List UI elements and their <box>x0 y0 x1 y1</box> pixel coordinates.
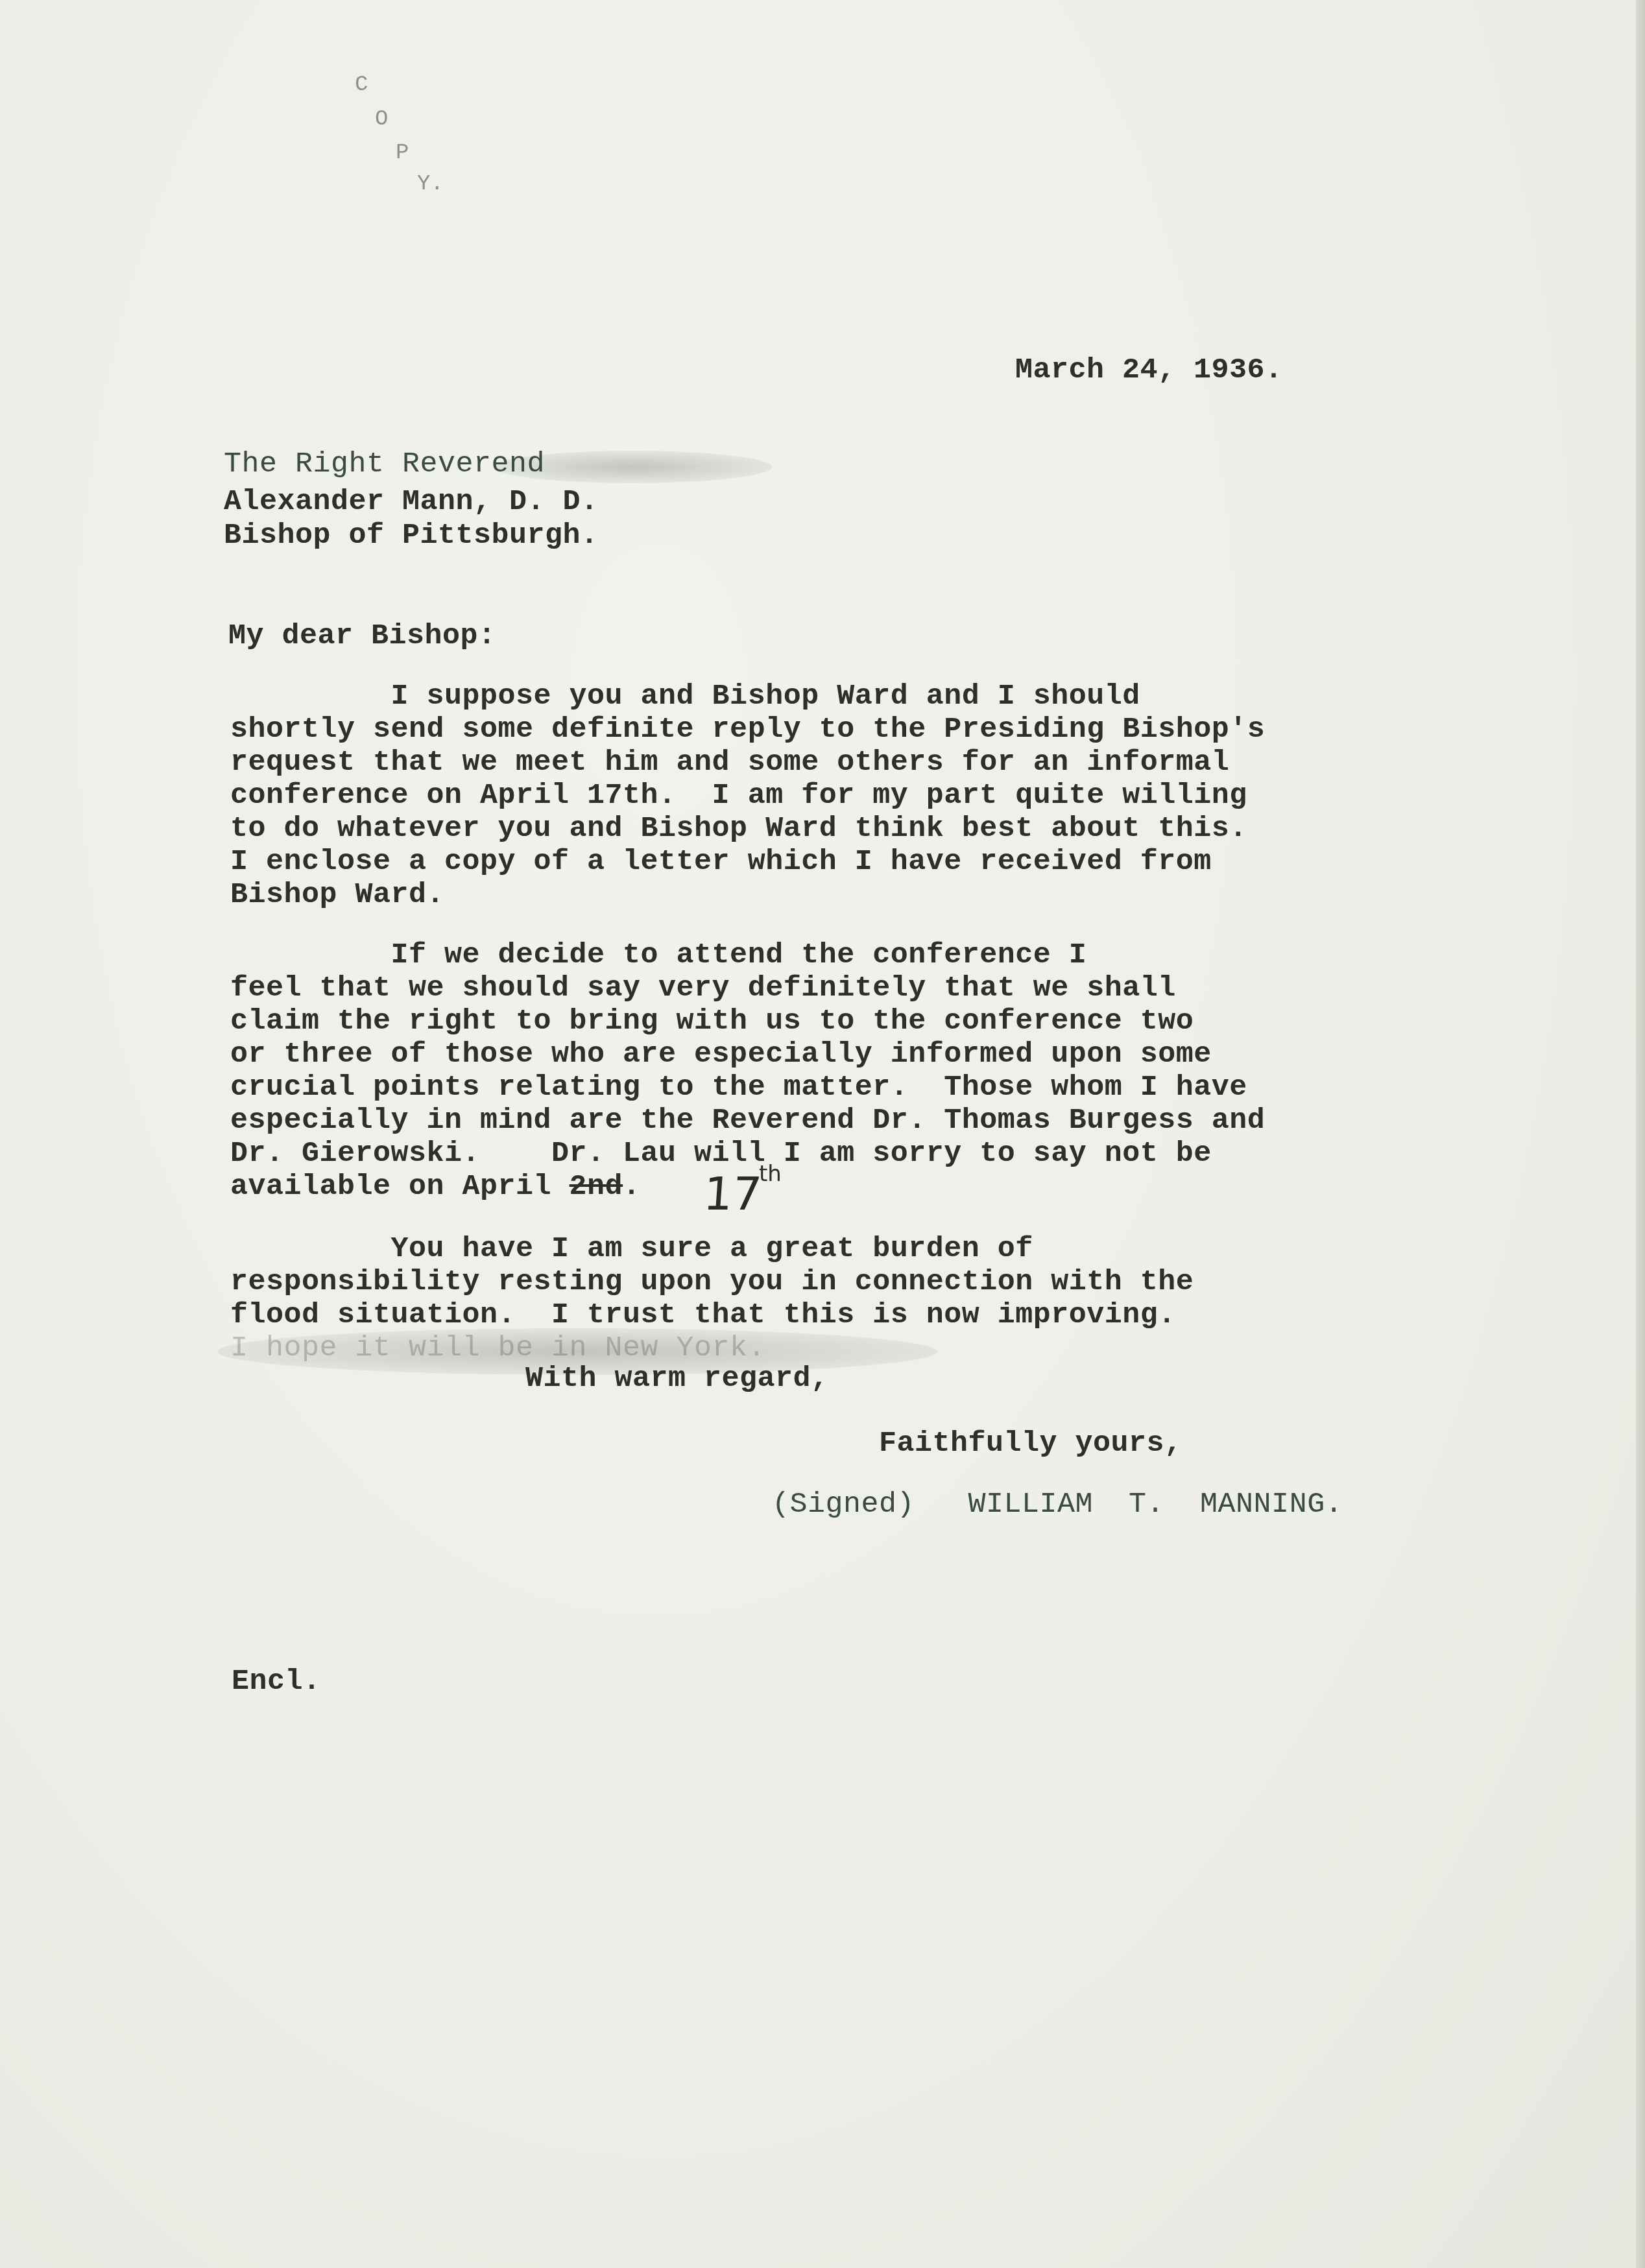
paragraph-2-line: Dr. Gierowski. Dr. Lau will I am sorry t… <box>230 1137 1265 1170</box>
paragraph-3-line: You have I am sure a great burden of <box>230 1232 1194 1265</box>
letter-date: March 24, 1936. <box>1015 353 1283 387</box>
recipient-line-1: The Right Reverend <box>224 448 545 481</box>
paragraph-1-line: conference on April 17th. I am for my pa… <box>230 779 1265 812</box>
paragraph-1-line: I suppose you and Bishop Ward and I shou… <box>230 680 1265 713</box>
valediction: Faithfully yours, <box>879 1427 1183 1460</box>
last-line-prefix: available on April <box>230 1170 570 1203</box>
paragraph-3-line: responsibility resting upon you in conne… <box>230 1265 1194 1298</box>
copy-mark-y: Y. <box>417 172 444 197</box>
paragraph-2-line: claim the right to bring with us to the … <box>230 1005 1265 1038</box>
paragraph-2-line: especially in mind are the Reverend Dr. … <box>230 1104 1265 1137</box>
paragraph-2-line: crucial points relating to the matter. T… <box>230 1071 1265 1104</box>
paragraph-1: I suppose you and Bishop Ward and I shou… <box>230 680 1265 911</box>
paragraph-3: You have I am sure a great burden of res… <box>230 1232 1194 1331</box>
recipient-line-3: Bishop of Pittsburgh. <box>224 519 599 552</box>
letter-page: C O P Y. March 24, 1936. The Right Rever… <box>0 0 1645 2268</box>
last-line-suffix: . <box>623 1170 641 1203</box>
page-edge <box>1636 0 1645 2268</box>
recipient-line-2: Alexander Mann, D. D. <box>224 485 599 518</box>
paragraph-1-line: Bishop Ward. <box>230 878 1265 911</box>
enclosure-note: Encl. <box>232 1665 321 1698</box>
paragraph-2-line: feel that we should say very definitely … <box>230 972 1265 1005</box>
paragraph-1-line: I enclose a copy of a letter which I hav… <box>230 845 1265 878</box>
handwritten-correction: 17 <box>702 1167 763 1221</box>
paragraph-2: If we decide to attend the conference I … <box>230 938 1265 1203</box>
copy-mark-c: C <box>355 73 368 97</box>
paragraph-1-line: to do whatever you and Bishop Ward think… <box>230 812 1265 845</box>
handwritten-superscript: th <box>759 1161 782 1187</box>
paragraph-2-line: or three of those who are especially inf… <box>230 1038 1265 1071</box>
erased-line: I hope it will be in New York. <box>230 1331 765 1365</box>
signature-block: (Signed) WILLIAM T. MANNING. <box>772 1488 1343 1521</box>
salutation: My dear Bishop: <box>228 619 496 652</box>
struck-date: 2nd <box>570 1170 623 1203</box>
copy-mark-p: P <box>396 141 409 165</box>
paragraph-1-line: request that we meet him and some others… <box>230 746 1265 779</box>
copy-mark-o: O <box>375 107 388 132</box>
closing: With warm regard, <box>525 1362 829 1395</box>
paragraph-3-line: flood situation. I trust that this is no… <box>230 1298 1194 1331</box>
paragraph-2-line: If we decide to attend the conference I <box>230 938 1265 972</box>
paragraph-1-line: shortly send some definite reply to the … <box>230 713 1265 746</box>
